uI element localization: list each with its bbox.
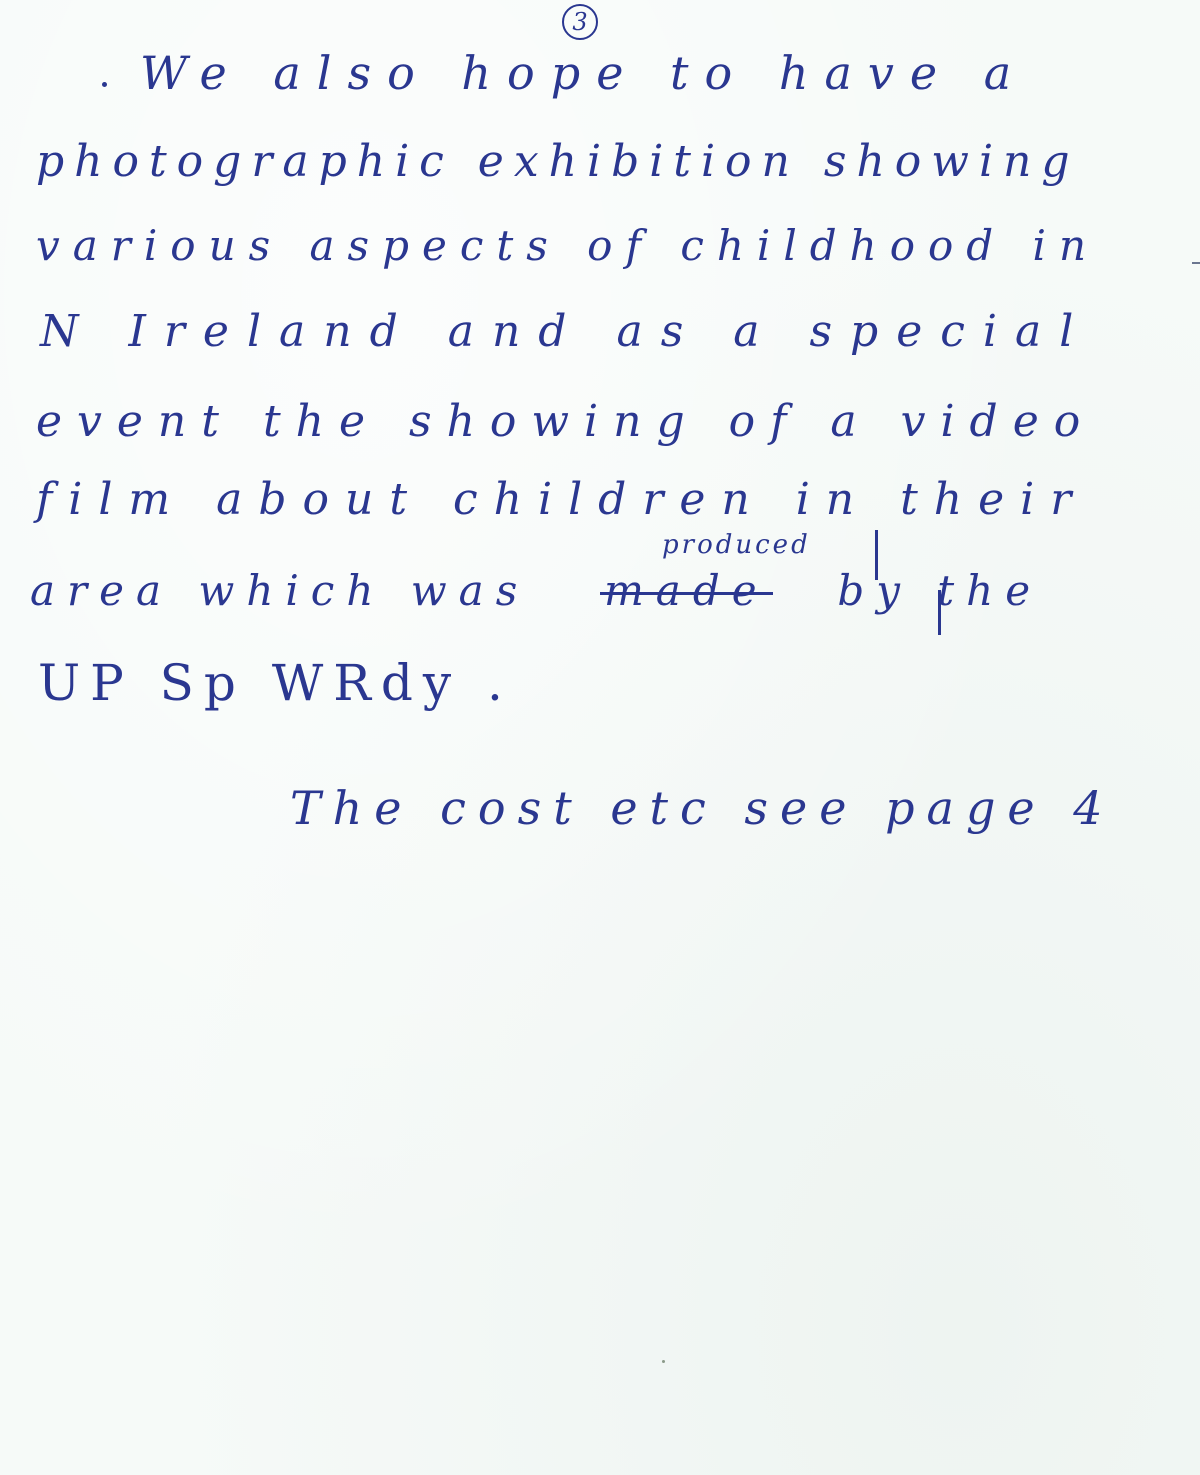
inserted-word-produced: produced [662,530,811,560]
handwritten-line-3: various aspects of childhood in [36,225,1099,267]
handwritten-line-4: N Ireland and as a special [40,310,1091,354]
handwritten-line-8: UP Sp WRdy . [38,658,513,708]
paper-speck [662,1360,665,1363]
handwritten-line-9: The cost etc see page 4 [290,785,1115,831]
handwritten-line-1: We also hope to have a [140,50,1027,96]
handwritten-line-6: film about children in their [36,478,1087,522]
struck-word-made: made [604,570,769,612]
handwritten-line-7: area which was made by the [30,570,1042,612]
margin-mark [1192,262,1200,264]
handwritten-line-5: event the showing of a video [36,400,1095,444]
ink-dot [102,82,107,87]
handwritten-line-2: photographic exhibition showing [36,140,1080,184]
page-number-circled: 3 [562,4,598,40]
scanned-page: 3 We also hope to have a photographic ex… [0,0,1200,1475]
